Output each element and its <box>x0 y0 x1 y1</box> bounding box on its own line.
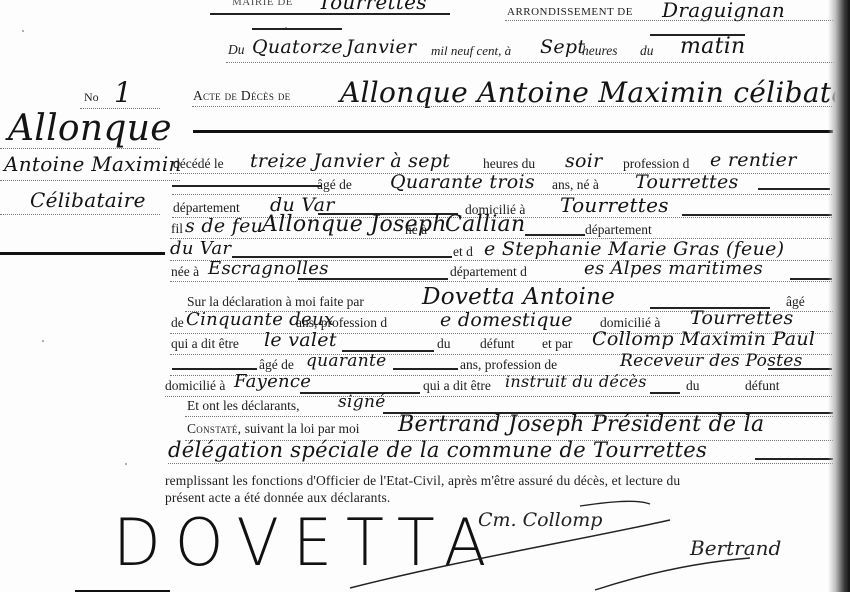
arrondissement-value: Draguignan <box>662 0 785 22</box>
date-hour: Sept <box>540 36 585 58</box>
margin-status-underline <box>0 214 160 215</box>
act-title-rule <box>193 130 833 133</box>
father-dept-value: du Var <box>170 238 231 259</box>
margin-end-rule <box>0 252 165 255</box>
act-number-value: 1 <box>114 76 132 109</box>
officer-signature: Bertrand <box>690 536 781 560</box>
declarant2-age: quarante <box>306 351 386 371</box>
declarant2-domicile: Fayence <box>234 371 311 392</box>
mother-dept-rule <box>790 278 832 280</box>
death-certificate-page: MAIRIE DE Tourrettes ARRONDISSEMENT DE D… <box>0 0 850 592</box>
arrondissement-underline <box>505 20 835 21</box>
mother-born-label: née à <box>171 264 199 280</box>
declarant2-name: Collomp Maximin Paul <box>592 328 815 350</box>
declarant2-domicile-label: domicilié à <box>165 378 225 394</box>
mother-birthplace: Escragnolles <box>208 258 329 279</box>
du-label: du <box>437 336 451 352</box>
margin-surname: Allonque <box>8 108 172 149</box>
age-rule <box>172 185 322 187</box>
date-period: matin <box>680 34 746 59</box>
departement-label: département <box>173 200 240 216</box>
declarant1-profession: e domestique <box>440 309 573 331</box>
declarant1-domicile: Tourrettes <box>690 307 794 329</box>
constate-line: Constaté, suivant la loi par moi <box>187 421 359 437</box>
act-subject: Allonque Antoine Maximin célibataire <box>340 76 850 109</box>
declarant1-name: Dovetta Antoine <box>422 284 615 310</box>
death-period: soir <box>565 150 603 172</box>
domicile-rule <box>682 214 832 216</box>
declarant2-domicile-underline <box>165 396 832 397</box>
father-born-label: né à <box>405 222 427 238</box>
officer-line2-rule <box>755 458 833 460</box>
du-label2: du <box>686 378 700 394</box>
mother-label: et d <box>453 244 473 260</box>
paper-speck <box>22 30 24 32</box>
birthplace-rule <box>758 188 830 190</box>
paper-speck <box>125 463 127 465</box>
mairie-underline <box>210 13 450 15</box>
hours-label: heures du <box>483 156 535 172</box>
de-label: de <box>171 315 184 331</box>
act-number-label: No <box>84 90 99 105</box>
mother-dept-underline <box>170 281 832 282</box>
officer-line2-underline <box>168 463 833 464</box>
act-title-underline <box>192 106 832 107</box>
officer-name-line2: délégation spéciale de la commune de Tou… <box>168 438 707 462</box>
declaration-intro: Sur la déclaration à moi faite par <box>187 294 364 310</box>
birthplace-value: Tourrettes <box>635 171 739 193</box>
declarant2-age-rule-left <box>172 368 257 370</box>
margin-given-underline <box>0 180 180 181</box>
ans-profession2-label: ans, profession de <box>460 357 557 373</box>
header-rule <box>252 28 342 30</box>
date-day: Quatorze <box>252 36 343 58</box>
margin-surname-underline <box>0 148 160 149</box>
signed-label: Et ont les déclarants, <box>187 398 299 414</box>
officer-name-line1: Bertrand Joseph Président de la <box>398 412 764 437</box>
death-date: treize Janvier à sept <box>250 150 450 172</box>
declarant2-profession-rule <box>768 368 832 370</box>
defunt-label2: défunt <box>745 378 780 394</box>
book-binding-shadow <box>828 0 850 592</box>
declarant2-age-rule <box>393 368 458 370</box>
father-birthplace-rule <box>525 234 585 236</box>
defunt-label: défunt <box>480 336 515 352</box>
mother-birthplace-rule <box>298 278 448 280</box>
paper-speck <box>42 340 44 342</box>
relation2-rule <box>650 392 680 394</box>
et-par-label: et par <box>542 336 572 352</box>
profession-label: profession d <box>623 156 689 172</box>
age-value: Quarante trois <box>390 171 535 193</box>
constate-text: suivant la loi par moi <box>245 421 360 436</box>
closing-line1: remplissant les fonctions d'Officier de … <box>165 473 680 489</box>
declarant2-relation: instruit du décès <box>505 372 647 391</box>
father-birthplace: Callian <box>445 212 525 237</box>
age-label: âgé de <box>317 177 352 193</box>
profession-value: e rentier <box>710 149 797 171</box>
date-month: Janvier <box>346 36 416 58</box>
fils-value: s de feu <box>185 215 263 237</box>
date-year-text: mil neuf cent, à <box>431 43 511 59</box>
constate-label: Constaté, <box>187 421 241 436</box>
margin-status: Célibataire <box>30 188 146 212</box>
father-dept-label: département <box>585 222 652 238</box>
date-hours-text: heures <box>582 43 618 59</box>
date-du: du <box>640 43 654 59</box>
fils-label: fil <box>171 221 183 237</box>
relation-label1: qui a dit être <box>171 336 239 352</box>
arrondissement-label: ARRONDISSEMENT DE <box>507 6 633 18</box>
mother-dept-label: département d <box>450 264 527 280</box>
date-underline <box>226 62 836 63</box>
mairie-label: MAIRIE DE <box>232 0 293 8</box>
deceased-label: décédé le <box>173 156 224 172</box>
declarant1-relation: le valet <box>264 329 337 351</box>
mairie-value: Tourrettes <box>318 0 427 14</box>
margin-given-names: Antoine Maximin <box>4 152 182 176</box>
born-label: ans, né à <box>552 177 599 193</box>
domicile-value: Tourrettes <box>560 193 669 217</box>
date-prefix: Du <box>228 42 245 58</box>
act-title: Acte de Décès de <box>193 88 290 104</box>
mother-dept-value: es Alpes maritimes <box>584 258 763 279</box>
signed-value: signé <box>338 392 386 412</box>
mother-name: e Stephanie Marie Gras (feue) <box>484 238 784 260</box>
relation-label2: qui a dit être <box>423 378 491 394</box>
